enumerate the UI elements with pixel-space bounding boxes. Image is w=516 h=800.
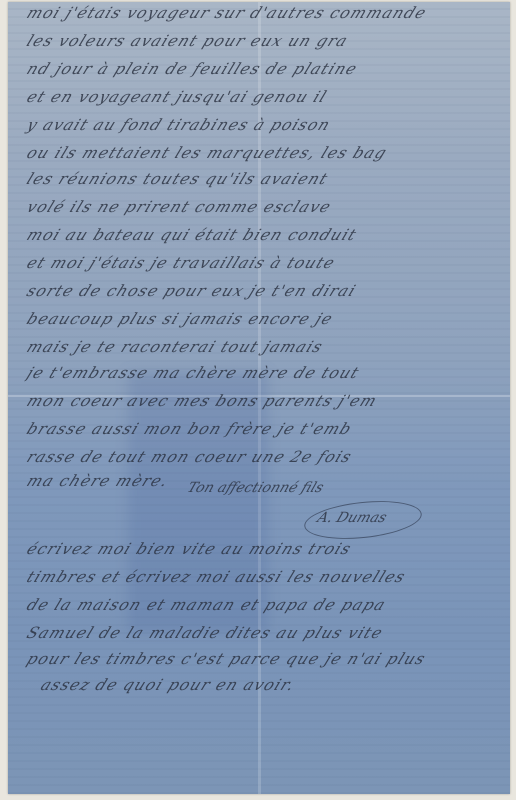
postscript-line: écrivez moi bien vite au moins trois <box>24 540 511 558</box>
letter-line: ou ils mettaient les marquettes, les bag <box>24 144 511 162</box>
letter-line: les voleurs avaient pour eux un gra <box>24 32 511 50</box>
postscript-line: de la maison et maman et papa de papa <box>24 596 511 614</box>
letter-line: et moi j'étais je travaillais à toute <box>24 254 511 272</box>
letter-line: les réunions toutes qu'ils avaient <box>24 170 511 188</box>
letter-line: y avait au fond tirabines à poison <box>24 116 511 134</box>
letter-line: et en voyageant jusqu'ai genou il <box>24 88 511 106</box>
letter-line: moi au bateau qui était bien conduit <box>24 226 511 244</box>
letter-line: sorte de chose pour eux je t'en dirai <box>24 282 511 300</box>
signature: A. Dumas <box>315 510 389 526</box>
letter-line: ma chère mère. <box>24 472 172 490</box>
postscript-line: timbres et écrivez moi aussi les nouvell… <box>24 568 511 586</box>
letter-line: nd jour à plein de feuilles de platine <box>24 60 511 78</box>
closing-line: Ton affectionné fils <box>185 480 326 496</box>
letter-line: volé ils ne prirent comme esclave <box>24 198 511 216</box>
letter-line: moi j'étais voyageur sur d'autres comman… <box>24 4 511 22</box>
letter-line: brasse aussi mon bon frère je t'emb <box>24 420 511 438</box>
letter-page: moi j'étais voyageur sur d'autres comman… <box>8 2 510 794</box>
postscript-line: assez de quoi pour en avoir. <box>38 676 511 694</box>
letter-line: mon coeur avec mes bons parents j'em <box>24 392 511 410</box>
letter-line: mais je te raconterai tout jamais <box>24 338 511 356</box>
letter-line: rasse de tout mon coeur une 2e fois <box>24 448 511 466</box>
postscript-line: pour les timbres c'est parce que je n'ai… <box>24 650 511 668</box>
postscript-line: Samuel de la maladie dites au plus vite <box>24 624 511 642</box>
letter-line: beaucoup plus si jamais encore je <box>24 310 511 328</box>
paper-stain <box>128 372 268 632</box>
letter-line: je t'embrasse ma chère mère de tout <box>24 364 511 382</box>
